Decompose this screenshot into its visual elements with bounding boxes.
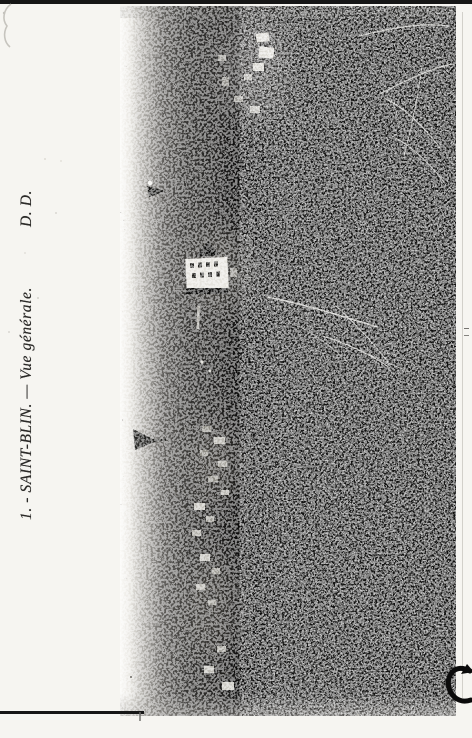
postcard-photo (120, 6, 456, 716)
margin-scan-line (462, 12, 463, 698)
caption-credit: D. D. (18, 190, 36, 227)
margin-equals-mark (464, 328, 469, 336)
corner-smudge-mark (0, 2, 16, 50)
photo-graphic (120, 6, 456, 716)
bottom-border-tick (139, 712, 141, 721)
bottom-border-line (0, 711, 144, 714)
top-border-line (0, 0, 472, 4)
paper-specks (0, 0, 2, 2)
postcard-scan: 1. - SAINT-BLIN. — Vue générale. D. D. (0, 0, 472, 738)
caption-rotated: 1. - SAINT-BLIN. — Vue générale. D. D. (18, 190, 36, 520)
ink-curl-mark (446, 662, 472, 708)
caption-title: 1. - SAINT-BLIN. — Vue générale. (18, 287, 36, 520)
grain-dark (120, 6, 456, 716)
